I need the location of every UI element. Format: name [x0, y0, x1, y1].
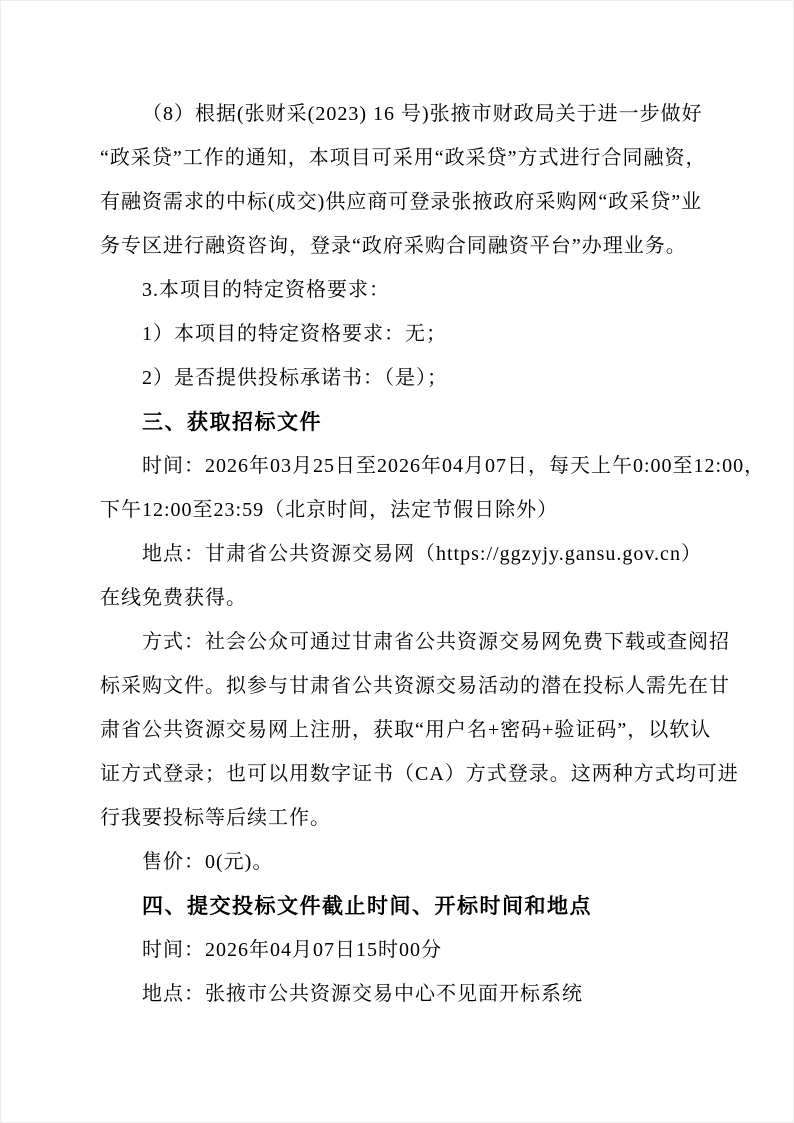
text-line: 方式：社会公众可通过甘肃省公共资源交易网免费下载或查阅招 — [100, 620, 740, 664]
document-body: （8）根据(张财采(2023) 16 号)张掖市财政局关于进一步做好“政采贷”工… — [100, 92, 740, 1016]
text-line: 在线免费获得。 — [100, 576, 740, 620]
text-line: 2）是否提供投标承诺书：（是）； — [100, 356, 740, 400]
text-line: 地点：甘肃省公共资源交易网（https://ggzyjy.gansu.gov.c… — [100, 532, 740, 576]
text-line: 1）本项目的特定资格要求：无； — [100, 312, 740, 356]
text-line: （8）根据(张财采(2023) 16 号)张掖市财政局关于进一步做好 — [100, 92, 740, 136]
text-line: 行我要投标等后续工作。 — [100, 796, 740, 840]
section-heading: 四、提交投标文件截止时间、开标时间和地点 — [100, 884, 740, 928]
text-line: 时间：2026年04月07日15时00分 — [100, 928, 740, 972]
text-line: 下午12:00至23:59（北京时间，法定节假日除外） — [100, 488, 740, 532]
text-line: 证方式登录；也可以用数字证书（CA）方式登录。这两种方式均可进 — [100, 752, 740, 796]
section-heading: 三、获取招标文件 — [100, 400, 740, 444]
text-line: 务专区进行融资咨询，登录“政府采购合同融资平台”办理业务。 — [100, 224, 740, 268]
text-line: 肃省公共资源交易网上注册，获取“用户名+密码+验证码”，以软认 — [100, 708, 740, 752]
document-page: （8）根据(张财采(2023) 16 号)张掖市财政局关于进一步做好“政采贷”工… — [0, 0, 794, 1123]
text-line: 有融资需求的中标(成交)供应商可登录张掖政府采购网“政采贷”业 — [100, 180, 740, 224]
text-line: 地点：张掖市公共资源交易中心不见面开标系统 — [100, 972, 740, 1016]
text-line: “政采贷”工作的通知，本项目可采用“政采贷”方式进行合同融资， — [100, 136, 740, 180]
text-line: 3.本项目的特定资格要求： — [100, 268, 740, 312]
text-line: 售价：0(元)。 — [100, 840, 740, 884]
text-line: 时间：2026年03月25日至2026年04月07日，每天上午0:00至12:0… — [100, 444, 740, 488]
text-line: 标采购文件。拟参与甘肃省公共资源交易活动的潜在投标人需先在甘 — [100, 664, 740, 708]
